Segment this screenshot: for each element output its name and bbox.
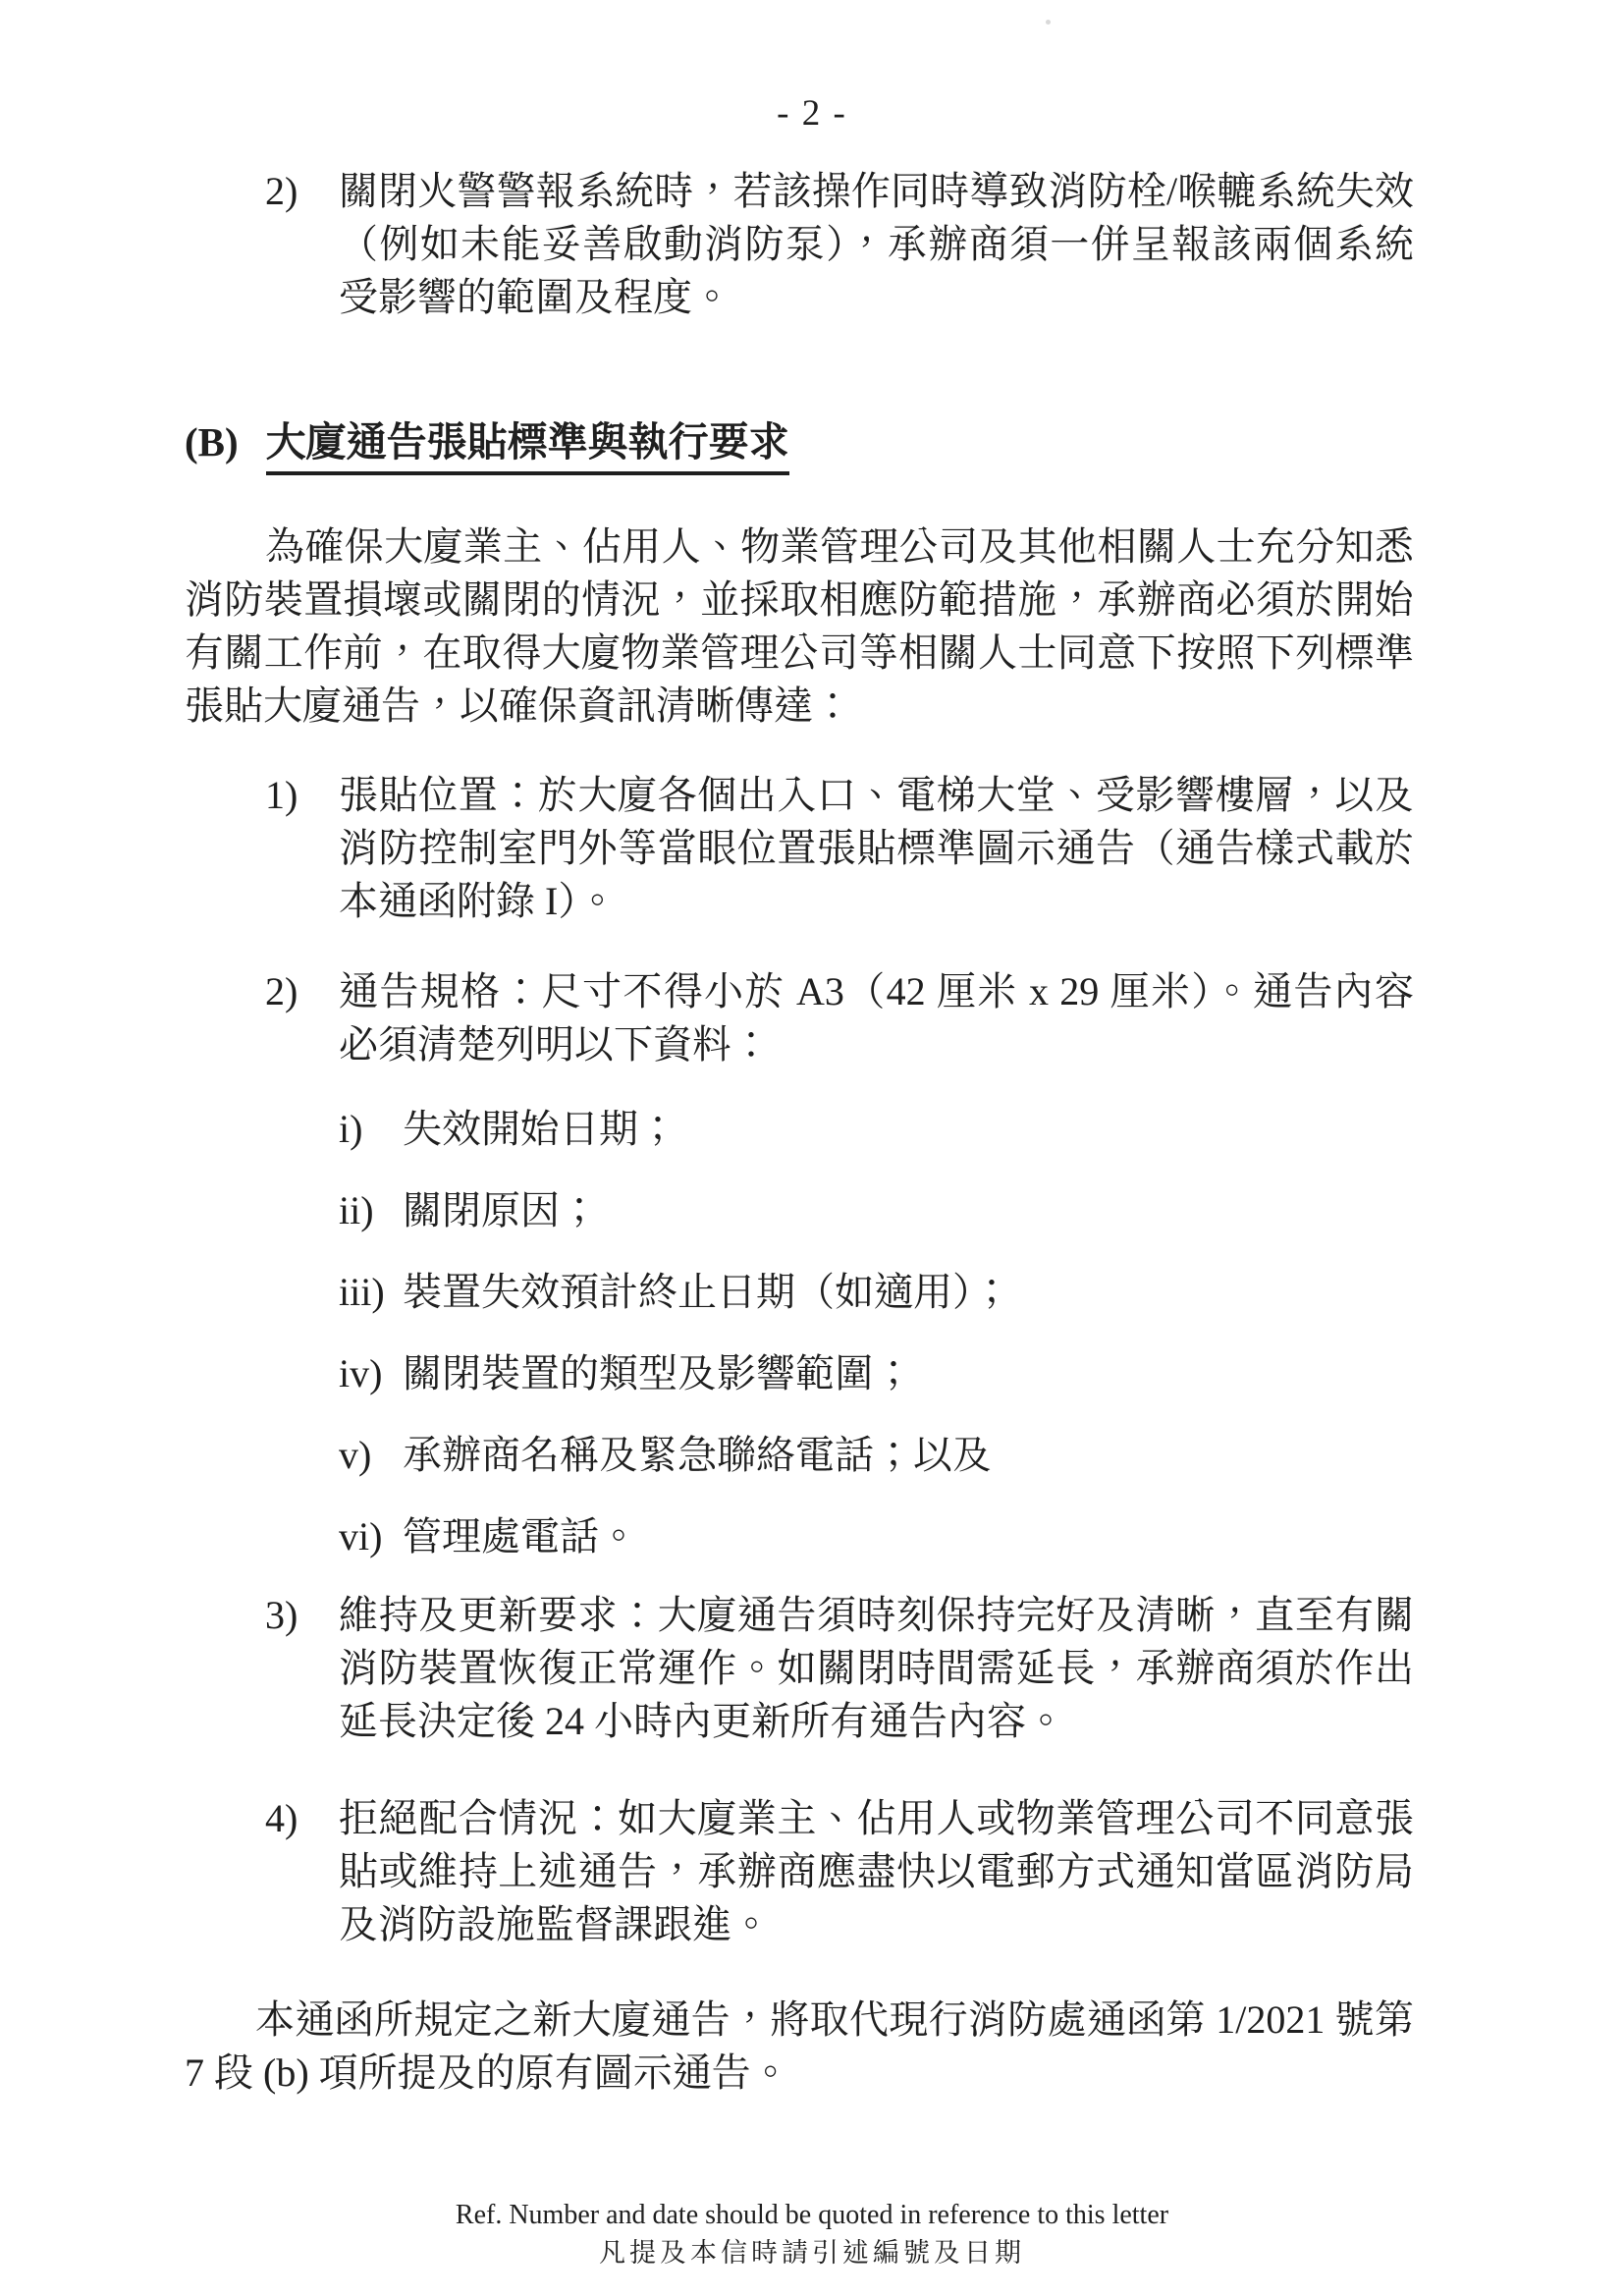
sub-item-text: 失效開始日期； [403,1107,677,1151]
sub-item-number: ii) [339,1184,374,1237]
sub-item-text: 關閉裝置的類型及影響範圍； [403,1351,913,1395]
section-b-title: 大廈通告張貼標準與執行要求 [266,415,789,475]
document-page: - 2 - 2) 關閉火警警報系統時，若該操作同時導致消防栓/喉轆系統失效（例如… [0,0,1624,2296]
sub-item-text: 關閉原因； [403,1188,599,1232]
footer-reference-note-zh: 凡提及本信時請引述編號及日期 [0,2233,1624,2272]
section-b-heading: (B)大廈通告張貼標準與執行要求 [185,415,1414,475]
sub-item-number: v) [339,1429,371,1482]
sub-item-number: i) [339,1103,362,1156]
sub-item-text: 管理處電話。 [403,1514,638,1558]
list-item-refusal-case: 4) 拒絕配合情況：如大廈業主、佔用人或物業管理公司不同意張貼或維持上述通告，承… [339,1792,1414,1951]
sub-item-number: vi) [339,1510,382,1563]
section-b-intro-paragraph: 為確保大廈業主、佔用人、物業管理公司及其他相關人士充分知悉消防裝置損壞或關閉的情… [185,520,1414,733]
sub-item-start-date: i) 失效開始日期； [403,1103,1414,1156]
list-item-number: 2) [265,965,298,1018]
list-item-fire-alarm: 2) 關閉火警警報系統時，若該操作同時導致消防栓/喉轆系統失效（例如未能妥善啟動… [339,165,1414,324]
list-item-number: 1) [265,769,298,822]
sub-item-number: iv) [339,1347,382,1400]
list-item-text: 張貼位置：於大廈各個出入口、電梯大堂、受影響樓層，以及消防控制室門外等當眼位置張… [339,773,1414,923]
closing-paragraph: 本通函所規定之新大廈通告，將取代現行消防處通函第 1/2021 號第 7 段 (… [185,1994,1414,2100]
list-item-posting-location: 1) 張貼位置：於大廈各個出入口、電梯大堂、受影響樓層，以及消防控制室門外等當眼… [339,769,1414,928]
page-footer: Ref. Number and date should be quoted in… [0,2198,1624,2272]
sub-item-management-phone: vi) 管理處電話。 [403,1510,1414,1563]
list-item-text: 維持及更新要求：大廈通告須時刻保持完好及清晰，直至有關消防裝置恢復正常運作。如關… [339,1593,1414,1743]
list-item-text: 關閉火警警報系統時，若該操作同時導致消防栓/喉轆系統失效（例如未能妥善啟動消防泵… [339,169,1414,319]
sub-item-expected-end-date: iii) 裝置失效預計終止日期（如適用）； [403,1266,1414,1319]
sub-item-text: 裝置失效預計終止日期（如適用）； [403,1270,1011,1314]
list-item-text: 通告規格：尺寸不得小於 A3（42 厘米 x 29 厘米）。通告內容必須清楚列明… [339,969,1414,1066]
sub-item-installation-type: iv) 關閉裝置的類型及影響範圍； [403,1347,1414,1400]
page-number: - 2 - [0,92,1624,136]
list-item-number: 3) [265,1589,298,1642]
scan-artifact-dot [1046,20,1051,25]
list-item-number: 2) [265,165,298,218]
list-item-text: 拒絕配合情況：如大廈業主、佔用人或物業管理公司不同意張貼或維持上述通告，承辦商應… [339,1796,1414,1946]
sub-item-shutdown-reason: ii) 關閉原因； [403,1184,1414,1237]
footer-reference-note-en: Ref. Number and date should be quoted in… [0,2198,1624,2233]
sub-item-number: iii) [339,1266,385,1319]
list-item-notice-spec: 2) 通告規格：尺寸不得小於 A3（42 厘米 x 29 厘米）。通告內容必須清… [339,965,1414,1071]
sub-item-text: 承辦商名稱及緊急聯絡電話；以及 [403,1433,992,1477]
sub-item-contractor-contact: v) 承辦商名稱及緊急聯絡電話；以及 [403,1429,1414,1482]
list-item-maintain-update: 3) 維持及更新要求：大廈通告須時刻保持完好及清晰，直至有關消防裝置恢復正常運作… [339,1589,1414,1748]
section-b-label: (B) [185,419,239,465]
list-item-number: 4) [265,1792,298,1845]
